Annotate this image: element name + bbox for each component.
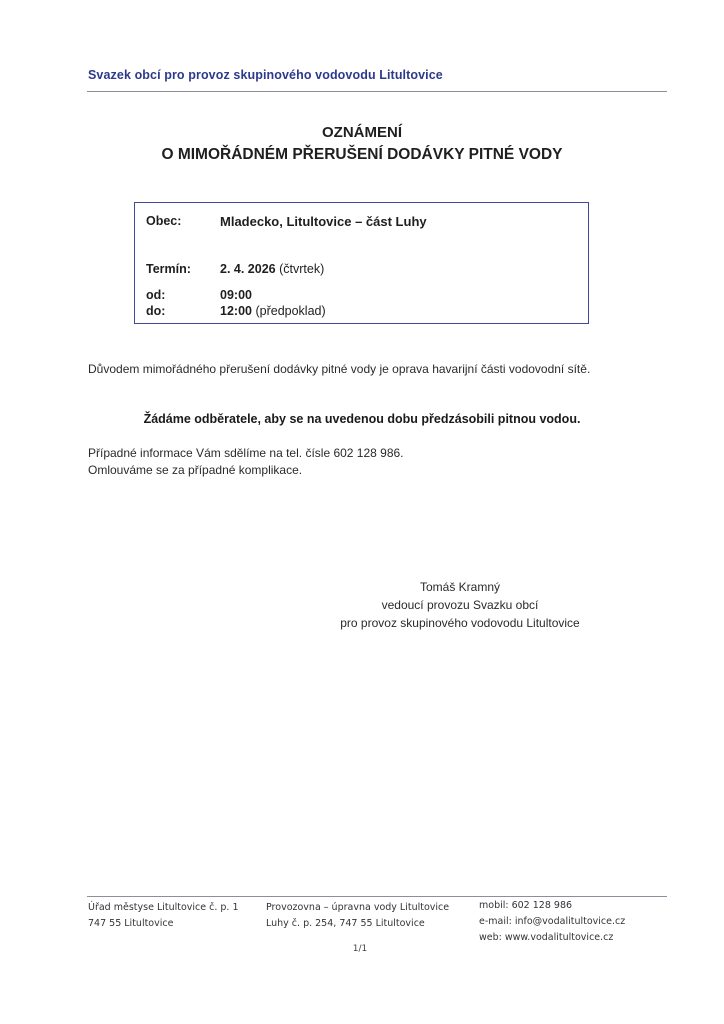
termin-day: (čtvrtek) <box>279 262 324 276</box>
termin-value: 2. 4. 2026 (čtvrtek) <box>220 262 324 276</box>
do-note: (předpoklad) <box>255 304 325 318</box>
do-label: do: <box>146 304 165 318</box>
signature-role-1: vedoucí provozu Svazku obcí <box>320 596 600 614</box>
footer-office-line2: 747 55 Litultovice <box>88 916 239 932</box>
footer-plant-line1: Provozovna – úpravna vody Litultovice <box>266 900 449 916</box>
termin-date: 2. 4. 2026 <box>220 262 276 276</box>
termin-label: Termín: <box>146 262 191 276</box>
footer-address-plant: Provozovna – úpravna vody Litultovice Lu… <box>266 900 449 932</box>
reason-text: Důvodem mimořádného přerušení dodávky pi… <box>88 362 590 376</box>
announcement-title: OZNÁMENÍ <box>0 124 724 141</box>
request-text: Žádáme odběratele, aby se na uvedenou do… <box>0 412 724 426</box>
footer-mobile: mobil: 602 128 986 <box>479 898 625 914</box>
signature-role-2: pro provoz skupinového vodovodu Litultov… <box>320 614 600 632</box>
page-number: 1/1 <box>340 944 380 954</box>
od-label: od: <box>146 288 165 302</box>
footer-divider <box>87 896 667 897</box>
footer-email[interactable]: e-mail: info@vodalitultovice.cz <box>479 914 625 930</box>
footer-address-office: Úřad městyse Litultovice č. p. 1 747 55 … <box>88 900 239 932</box>
footer-web[interactable]: web: www.vodalitultovice.cz <box>479 930 625 946</box>
obec-label: Obec: <box>146 214 181 228</box>
footer-contacts: mobil: 602 128 986 e-mail: info@vodalitu… <box>479 898 625 946</box>
do-time: 12:00 <box>220 304 252 318</box>
announcement-subtitle: O MIMOŘÁDNÉM PŘERUŠENÍ DODÁVKY PITNÉ VOD… <box>0 146 724 164</box>
do-value: 12:00 (předpoklad) <box>220 304 326 318</box>
organization-header: Svazek obcí pro provoz skupinového vodov… <box>88 68 443 82</box>
footer-office-line1: Úřad městyse Litultovice č. p. 1 <box>88 900 239 916</box>
info-text: Případné informace Vám sdělíme na tel. č… <box>88 446 404 460</box>
header-divider <box>87 91 667 92</box>
footer-plant-line2: Luhy č. p. 254, 747 55 Litultovice <box>266 916 449 932</box>
signature-name: Tomáš Kramný <box>320 578 600 596</box>
od-value: 09:00 <box>220 288 252 302</box>
od-time: 09:00 <box>220 288 252 302</box>
obec-value: Mladecko, Litultovice – část Luhy <box>220 214 427 229</box>
signature-block: Tomáš Kramný vedoucí provozu Svazku obcí… <box>320 578 600 632</box>
apology-text: Omlouváme se za případné komplikace. <box>88 463 302 477</box>
